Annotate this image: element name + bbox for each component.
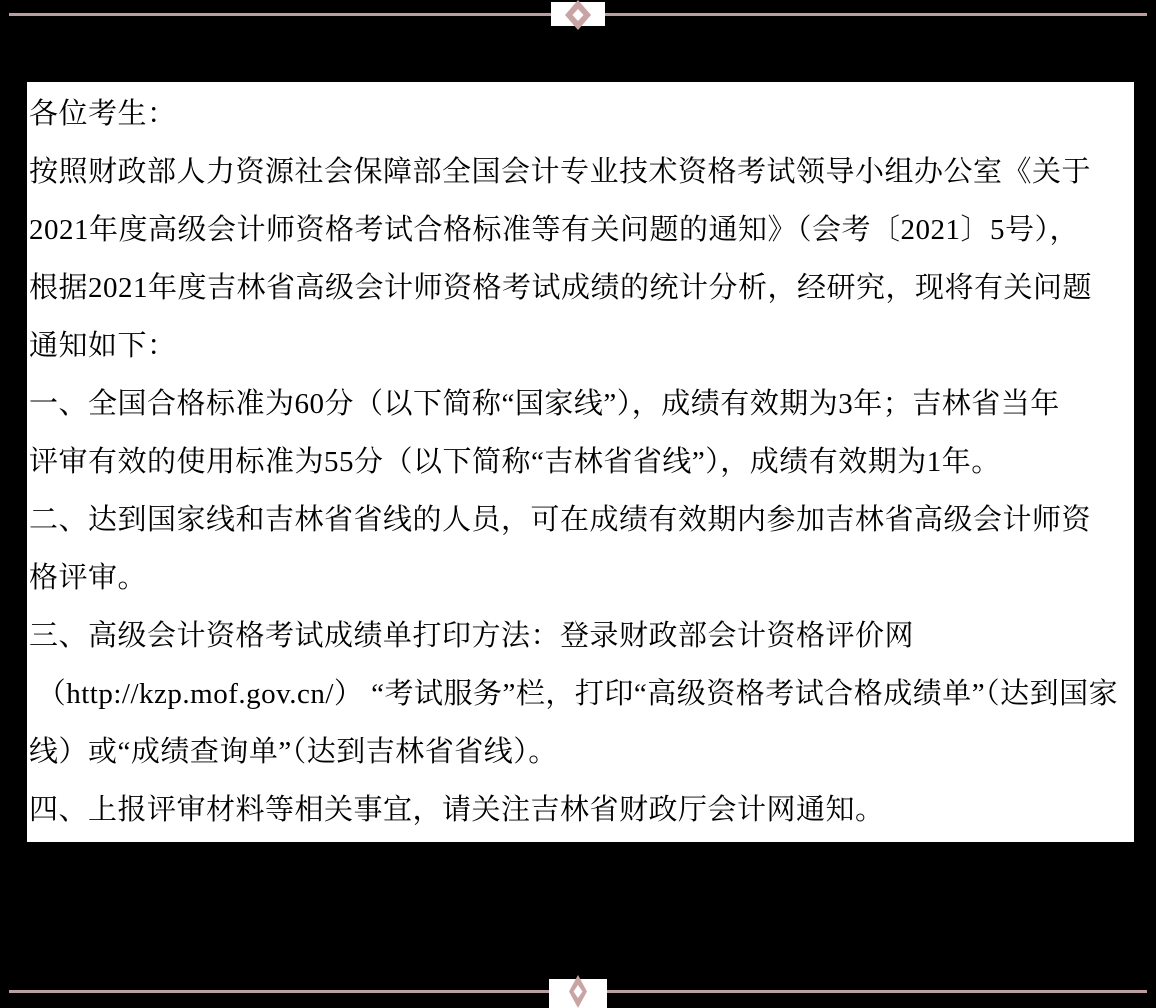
notice-document: 各位考生： 按照财政部人力资源社会保障部全国会计专业技术资格考试领导小组办公室《… xyxy=(27,82,1134,842)
notice-line: 按照财政部人力资源社会保障部全国会计专业技术资格考试领导小组办公室《关于 xyxy=(29,143,1126,201)
diamond-ornament-icon xyxy=(569,975,587,1008)
page-background: 各位考生： 按照财政部人力资源社会保障部全国会计专业技术资格考试领导小组办公室《… xyxy=(0,0,1156,1008)
notice-line: 格评审。 xyxy=(29,549,1126,607)
diamond-ornament-icon xyxy=(565,0,591,35)
notice-line: 四、上报评审材料等相关事宜，请关注吉林省财政厅会计网通知。 xyxy=(29,781,1126,839)
notice-line: （http://kzp.mof.gov.cn/） “考试服务”栏，打印“高级资格… xyxy=(29,665,1126,723)
notice-line: 一、全国合格标准为60分（以下简称“国家线”），成绩有效期为3年；吉林省当年 xyxy=(29,375,1126,433)
notice-line: 各位考生： xyxy=(29,85,1126,143)
notice-line: 根据2021年度吉林省高级会计师资格考试成绩的统计分析，经研究，现将有关问题 xyxy=(29,259,1126,317)
notice-line: 评审有效的使用标准为55分（以下简称“吉林省省线”），成绩有效期为1年。 xyxy=(29,433,1126,491)
notice-line: 通知如下： xyxy=(29,317,1126,375)
notice-line: 线）或“成绩查询单”（达到吉林省省线）。 xyxy=(29,723,1126,781)
notice-line: 二、达到国家线和吉林省省线的人员，可在成绩有效期内参加吉林省高级会计师资 xyxy=(29,491,1126,549)
notice-line: 2021年度高级会计师资格考试合格标准等有关问题的通知》（会考〔2021〕5号）… xyxy=(29,201,1126,259)
notice-line: 三、高级会计资格考试成绩单打印方法：登录财政部会计资格评价网 xyxy=(29,607,1126,665)
